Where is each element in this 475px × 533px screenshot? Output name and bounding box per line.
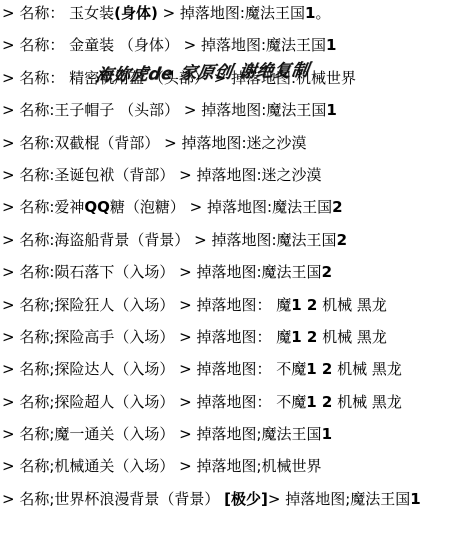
- row-text: 。: [315, 4, 330, 22]
- row-text: 1 2: [306, 393, 332, 411]
- drop-list-row: > 名称:海盗船背景（背景） > 掉落地图:魔法王国2: [2, 231, 475, 263]
- row-text: > 名称;探险达人（入场） > 掉落地图： 不魔: [2, 360, 306, 378]
- drop-list-row: > 名称;世界杯浪漫背景（背景） [极少]> 掉落地图;魔法王国1: [2, 490, 475, 522]
- drop-list-row: > 名称： 玉女装(身体) > 掉落地图:魔法王国1。: [2, 4, 475, 36]
- drop-list-row: > 名称:爱神QQ糖（泡糖） > 掉落地图:魔法王国2: [2, 198, 475, 230]
- drop-list-row: > 名称:双截棍（背部） > 掉落地图:迷之沙漠: [2, 134, 475, 166]
- row-text: 1 2: [291, 328, 317, 346]
- row-text: > 名称:圣诞包袱（背部） > 掉落地图:迷之沙漠: [2, 166, 322, 184]
- page: { "page": { "width": 475, "height": 533,…: [0, 0, 475, 533]
- row-text: 机械 黑龙: [332, 393, 402, 411]
- row-text: > 名称:双截棍（背部） > 掉落地图:迷之沙漠: [2, 134, 307, 152]
- drop-list-row: > 名称;探险超人（入场） > 掉落地图： 不魔1 2 机械 黑龙: [2, 393, 475, 425]
- drop-list-row: > 名称;探险高手（入场） > 掉落地图： 魔1 2 机械 黑龙: [2, 328, 475, 360]
- row-text: > 名称;探险超人（入场） > 掉落地图： 不魔: [2, 393, 306, 411]
- row-text: 1: [410, 490, 420, 508]
- row-text: > 名称： 金童装 （身体） > 掉落地图:魔法王国: [2, 36, 326, 54]
- row-text: (身体): [114, 4, 158, 22]
- drop-list-row: > 名称;探险狂人（入场） > 掉落地图： 魔1 2 机械 黑龙: [2, 296, 475, 328]
- row-text: 1 2: [306, 360, 332, 378]
- drop-list-row: > 名称;机械通关（入场） > 掉落地图;机械世界: [2, 457, 475, 489]
- row-text: > 名称;机械通关（入场） > 掉落地图;机械世界: [2, 457, 322, 475]
- drop-list-row: > 名称:圣诞包袱（背部） > 掉落地图:迷之沙漠: [2, 166, 475, 198]
- row-text: 机械 黑龙: [332, 360, 402, 378]
- row-text: > 名称:陨石落下（入场） > 掉落地图:魔法王国: [2, 263, 322, 281]
- row-text: > 名称;世界杯浪漫背景（背景）: [2, 490, 224, 508]
- row-text: QQ: [84, 198, 110, 216]
- row-text: > 名称:海盗船背景（背景） > 掉落地图:魔法王国: [2, 231, 337, 249]
- row-text: 机械 黑龙: [317, 328, 387, 346]
- row-text: > 名称:爱神: [2, 198, 84, 216]
- row-text: > 掉落地图;魔法王国: [268, 490, 410, 508]
- drop-list-row: > 名称： 金童装 （身体） > 掉落地图:魔法王国1: [2, 36, 475, 68]
- drop-list-row: > 名称： 精密机用盔 （头部） > 掉落地图:机械世界: [2, 69, 475, 101]
- drop-list-row: > 名称:王子帽子 （头部） > 掉落地图:魔法王国1: [2, 101, 475, 133]
- row-text: 2: [322, 263, 332, 281]
- row-text: 2: [332, 198, 342, 216]
- row-text: 1 2: [291, 296, 317, 314]
- row-text: 2: [337, 231, 347, 249]
- row-text: > 名称;探险狂人（入场） > 掉落地图： 魔: [2, 296, 291, 314]
- row-text: > 名称;探险高手（入场） > 掉落地图： 魔: [2, 328, 291, 346]
- drop-list: > 名称： 玉女装(身体) > 掉落地图:魔法王国1。> 名称： 金童装 （身体…: [0, 0, 475, 533]
- row-text: > 名称： 精密机用盔 （头部） > 掉落地图:机械世界: [2, 69, 356, 87]
- drop-list-row: > 名称;探险达人（入场） > 掉落地图： 不魔1 2 机械 黑龙: [2, 360, 475, 392]
- row-text: > 名称： 玉女装: [2, 4, 114, 22]
- row-text: 机械 黑龙: [317, 296, 387, 314]
- drop-list-row: > 名称;魔一通关（入场） > 掉落地图;魔法王国1: [2, 425, 475, 457]
- row-text: 糖（泡糖） > 掉落地图:魔法王国: [110, 198, 332, 216]
- drop-list-row: > 名称:陨石落下（入场） > 掉落地图:魔法王国2: [2, 263, 475, 295]
- row-text: 1: [322, 425, 332, 443]
- row-text: > 名称;魔一通关（入场） > 掉落地图;魔法王国: [2, 425, 322, 443]
- row-text: > 掉落地图:魔法王国: [158, 4, 305, 22]
- row-text: 1: [305, 4, 315, 22]
- row-text: 1: [326, 101, 336, 119]
- row-text: > 名称:王子帽子 （头部） > 掉落地图:魔法王国: [2, 101, 326, 119]
- row-text: [极少]: [224, 490, 268, 508]
- row-text: 1: [326, 36, 336, 54]
